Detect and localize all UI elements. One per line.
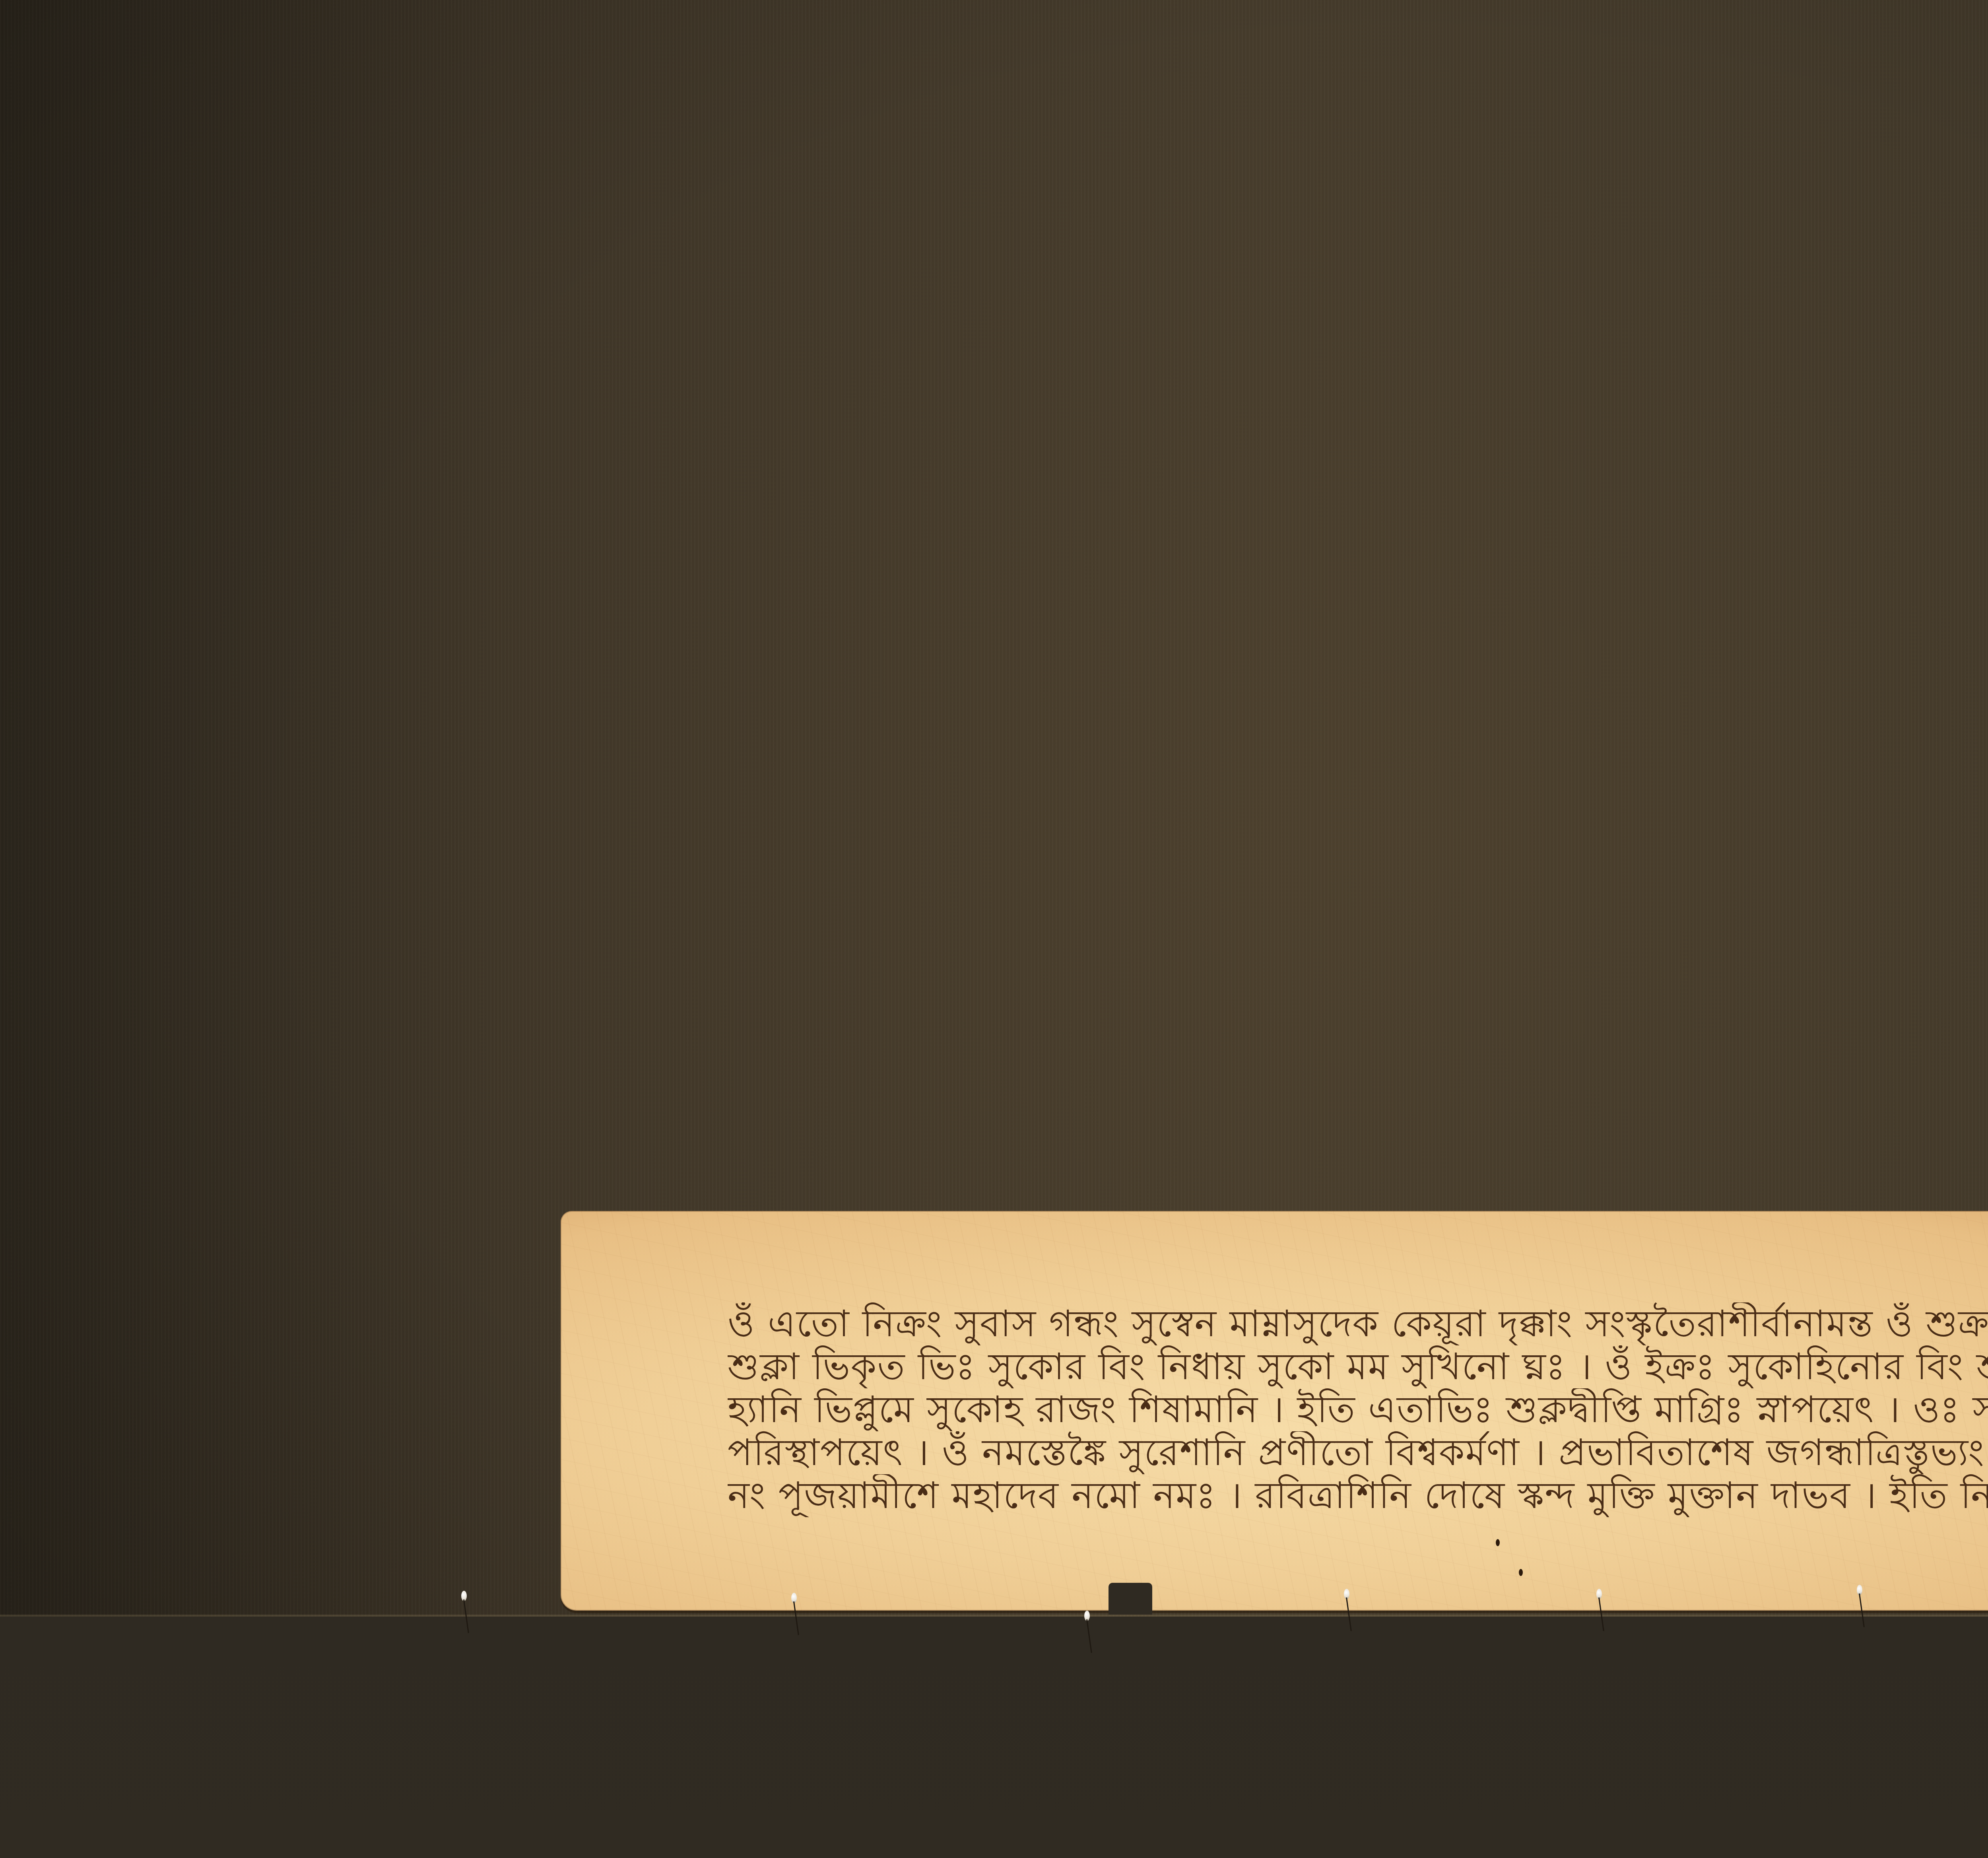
mounting-pin xyxy=(791,1593,797,1636)
ink-speck xyxy=(1496,1539,1500,1546)
ink-speck xyxy=(1519,1569,1523,1576)
mounting-pin xyxy=(1596,1589,1602,1633)
leaf-damage-notch xyxy=(1109,1583,1152,1615)
mounting-pin xyxy=(1084,1611,1090,1654)
mounting-pin xyxy=(461,1591,467,1634)
manuscript-line-3: হ্যানি ভিপ্লুমে সুকোহ রাজং শিষামানি । ইত… xyxy=(728,1388,1988,1431)
manuscript-line-1: ওঁ এতো নিক্রং সুবাস গন্ধং সুস্বেন মাম্না… xyxy=(728,1302,1988,1345)
manuscript-leaf: ওঁ এতো নিক্রং সুবাস গন্ধং সুস্বেন মাম্না… xyxy=(561,1211,1988,1611)
manuscript-line-4: পরিস্থাপয়েৎ । ওঁ নমস্তেঙ্কৈ সুরেশানি প্… xyxy=(728,1431,1988,1474)
manuscript-text-block: ওঁ এতো নিক্রং সুবাস গন্ধং সুস্বেন মাম্না… xyxy=(728,1302,1988,1517)
manuscript-line-2: শুক্লা ভিকৃত ভিঃ সুকোর বিং নিধায় সুকো ম… xyxy=(728,1345,1988,1388)
manuscript-line-5: নং পূজয়ামীশে মহাদেব নমো নমঃ । রবিত্রাশি… xyxy=(728,1474,1988,1517)
mount-board-lower-strip xyxy=(0,1617,1988,1858)
mounting-pin xyxy=(1344,1589,1349,1633)
mounting-pin xyxy=(1857,1585,1862,1629)
